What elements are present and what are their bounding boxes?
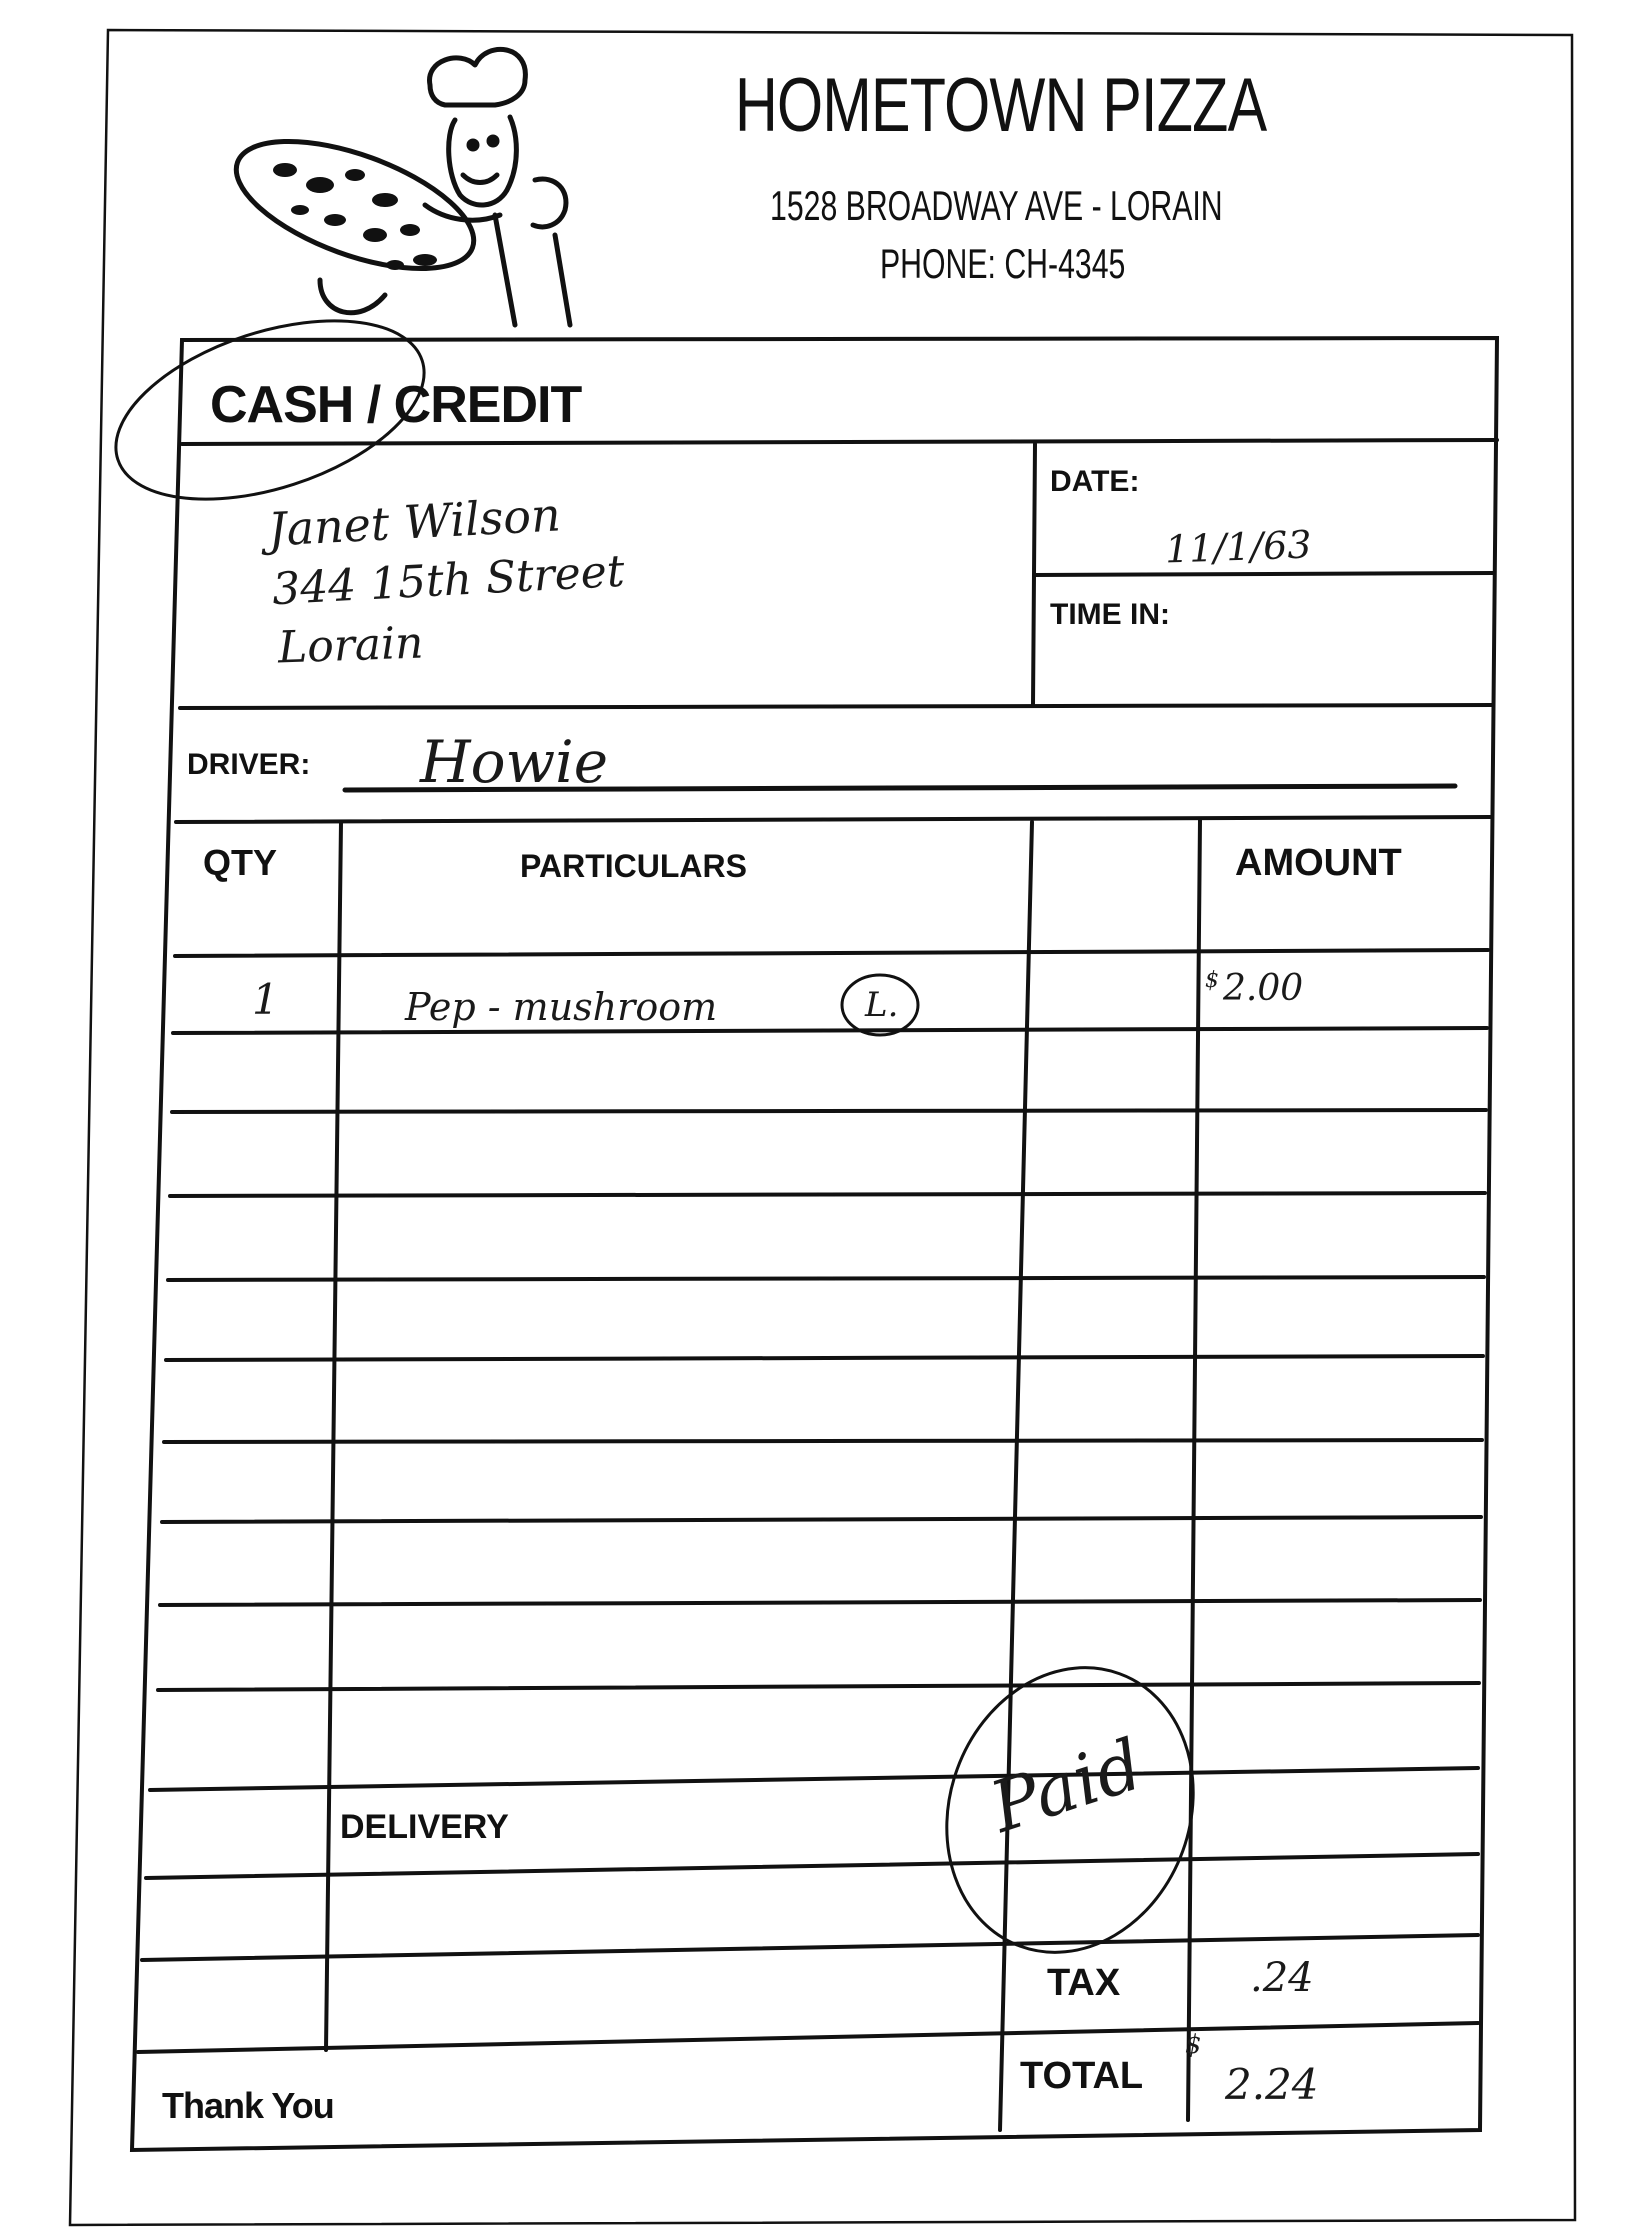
receipt-page: HOMETOWN PIZZA 1528 BROADWAY AVE - LORAI… — [0, 0, 1645, 2234]
time-in-label: TIME IN: — [1050, 598, 1170, 632]
line-item-qty: 1 — [252, 975, 279, 1024]
date-label: DATE: — [1050, 465, 1139, 499]
line-item-particulars: Pep - mushroom — [405, 985, 717, 1029]
total-currency-mark: $ — [1185, 2030, 1202, 2060]
driver-label: DRIVER: — [187, 748, 310, 782]
line-item-amount-value: 2.00 — [1223, 968, 1303, 1009]
column-header-qty: QTY — [203, 842, 277, 884]
payment-type-label: CASH / CREDIT — [210, 375, 581, 435]
business-phone: PHONE: CH-4345 — [880, 240, 1125, 288]
thank-you-text: Thank You — [162, 2085, 334, 2127]
total-value: 2.24 — [1225, 2060, 1319, 2109]
business-address: 1528 BROADWAY AVE - LORAIN — [770, 182, 1223, 230]
tax-label: TAX — [1047, 1962, 1120, 2005]
customer-city: Lorain — [277, 617, 424, 673]
column-header-particulars: PARTICULARS — [520, 848, 747, 885]
line-item-amount: $2.00 — [1205, 968, 1303, 1009]
currency-mark: $ — [1205, 968, 1219, 993]
business-name: HOMETOWN PIZZA — [735, 62, 1266, 149]
date-value: 11/1/63 — [1164, 522, 1312, 571]
pizza-chef-icon — [225, 25, 655, 355]
total-label: TOTAL — [1020, 2055, 1143, 2098]
line-item-size: L. — [865, 985, 898, 1025]
column-header-amount: AMOUNT — [1235, 842, 1402, 885]
driver-value: Howie — [420, 728, 608, 796]
delivery-label: DELIVERY — [340, 1808, 509, 1847]
tax-value: .24 — [1250, 1955, 1314, 2001]
